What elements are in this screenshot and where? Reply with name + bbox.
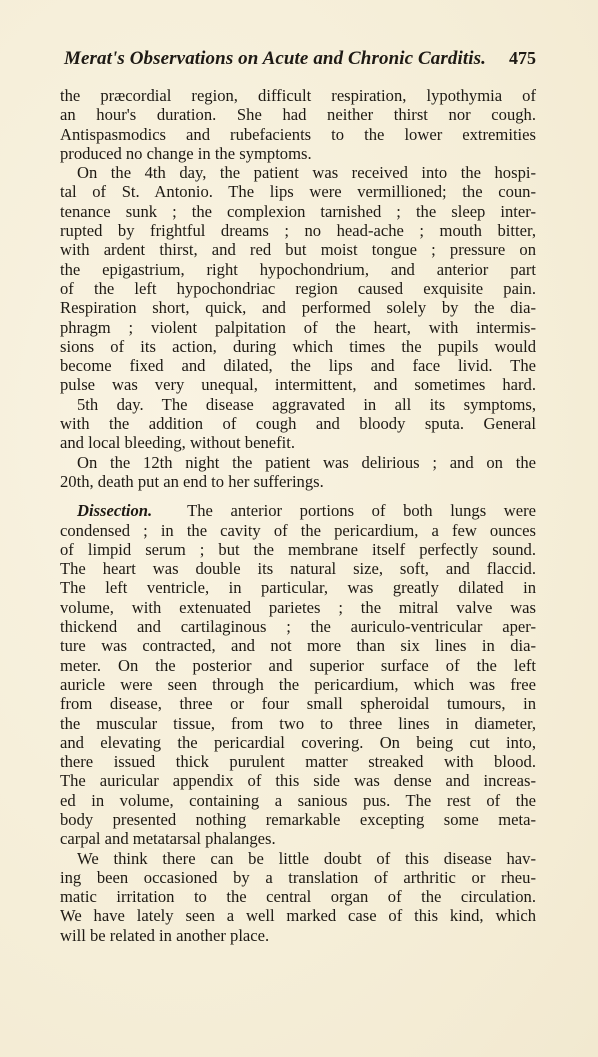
text-line: ing been occasioned by a translation of … [60, 868, 536, 887]
text-line: Dissection. The anterior portions of bot… [60, 501, 536, 520]
text-line: auricle were seen through the pericardiu… [60, 675, 536, 694]
text-line: 5th day. The disease aggravated in all i… [60, 395, 536, 414]
paragraph-fifth-day: 5th day. The disease aggravated in all i… [60, 395, 536, 453]
text-line: become fixed and dilated, the lips and f… [60, 356, 536, 375]
text-line: The heart was double its natural size, s… [60, 559, 536, 578]
text-line: sions of its action, during which times … [60, 337, 536, 356]
text-line: We have lately seen a well marked case o… [60, 906, 536, 925]
page-number: 475 [509, 48, 536, 69]
text-line: body presented nothing remarkable except… [60, 810, 536, 829]
text-line: rupted by frightful dreams ; no head-ach… [60, 221, 536, 240]
text-line: pulse was very unequal, intermittent, an… [60, 375, 536, 394]
text-line: The left ventricle, in particular, was g… [60, 578, 536, 597]
text-span: The anterior portions of both lungs were [187, 501, 536, 520]
dissection-heading: Dissection. [77, 501, 152, 520]
paragraph-fourth-day: On the 4th day, the patient was received… [60, 163, 536, 395]
running-title: Merat's Observations on Acute and Chroni… [64, 48, 486, 70]
paragraph-twelfth-night: On the 12th night the patient was deliri… [60, 453, 536, 492]
running-head: Merat's Observations on Acute and Chroni… [64, 48, 536, 74]
text-line: there issued thick purulent matter strea… [60, 752, 536, 771]
text-line: Antispasmodics and rubefacients to the l… [60, 125, 536, 144]
text-line: ed in volume, containing a sanious pus. … [60, 791, 536, 810]
paragraph-conclusion: We think there can be little doubt of th… [60, 849, 536, 945]
text-line: tenance sunk ; the complexion tarnished … [60, 202, 536, 221]
text-line: from disease, three or four small sphero… [60, 694, 536, 713]
text-line: meter. On the posterior and superior sur… [60, 656, 536, 675]
text-line: with ardent thirst, and red but moist to… [60, 240, 536, 259]
text-line: an hour's duration. She had neither thir… [60, 105, 536, 124]
text-line: 20th, death put an end to her sufferings… [60, 472, 536, 491]
text-line: tal of St. Antonio. The lips were vermil… [60, 182, 536, 201]
text-line: of the left hypochondriac region caused … [60, 279, 536, 298]
text-line: On the 4th day, the patient was received… [60, 163, 536, 182]
paragraph-continuation: the præcordial region, difficult respira… [60, 86, 536, 163]
text-line: produced no change in the symptoms. [60, 144, 536, 163]
text-line: ture was contracted, and not more than s… [60, 636, 536, 655]
text-line: the epigastrium, right hypochondrium, an… [60, 260, 536, 279]
book-page: Merat's Observations on Acute and Chroni… [60, 48, 536, 945]
paragraph-dissection: Dissection. The anterior portions of bot… [60, 501, 536, 848]
text-line: thickend and cartilaginous ; the auricul… [60, 617, 536, 636]
text-line: The auricular appendix of this side was … [60, 771, 536, 790]
text-line: and elevating the pericardial covering. … [60, 733, 536, 752]
text-line: the muscular tissue, from two to three l… [60, 714, 536, 733]
text-line: condensed ; in the cavity of the pericar… [60, 521, 536, 540]
text-line: and local bleeding, without benefit. [60, 433, 536, 452]
text-line: We think there can be little doubt of th… [60, 849, 536, 868]
text-line: the præcordial region, difficult respira… [60, 86, 536, 105]
text-line: carpal and metatarsal phalanges. [60, 829, 536, 848]
text-line: Respiration short, quick, and performed … [60, 298, 536, 317]
text-line: with the addition of cough and bloody sp… [60, 414, 536, 433]
body-text: the præcordial region, difficult respira… [60, 86, 536, 945]
text-line: phragm ; violent palpitation of the hear… [60, 318, 536, 337]
text-line: will be related in another place. [60, 926, 536, 945]
text-line: volume, with extenuated parietes ; the m… [60, 598, 536, 617]
text-line: of limpid serum ; but the membrane itsel… [60, 540, 536, 559]
text-line: matic irritation to the central organ of… [60, 887, 536, 906]
text-line: On the 12th night the patient was deliri… [60, 453, 536, 472]
